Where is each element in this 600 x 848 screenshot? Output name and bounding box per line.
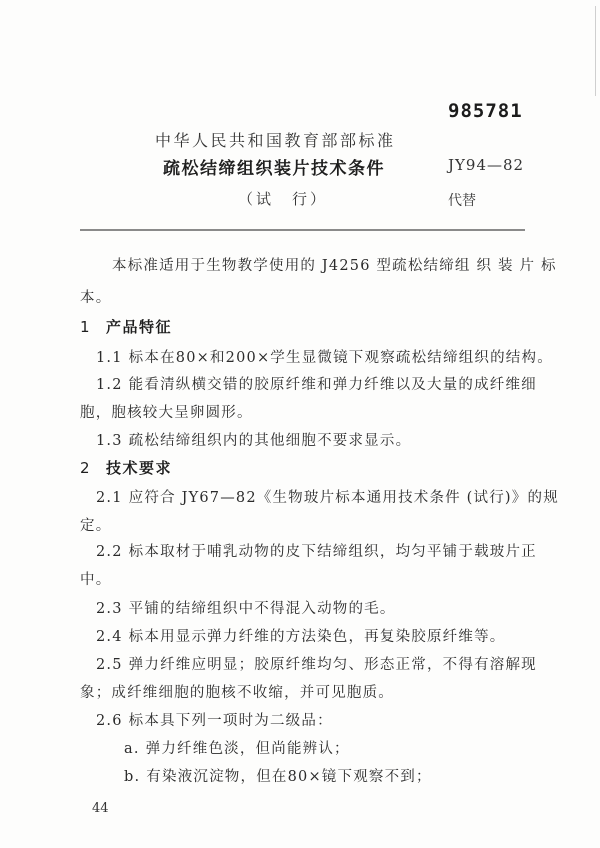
- clause-text: 平铺的结缔组织中不得混入动物的毛。: [129, 601, 396, 617]
- clause-2-5-continuation: 象；成纤维细胞的胞核不收缩，并可见胞质。: [80, 681, 394, 702]
- clause-text: 标本具下列一项时为二级品：: [129, 713, 333, 729]
- clause-number: 2.1: [96, 490, 123, 506]
- clause-2-6: 2.6标本具下列一项时为二级品：: [96, 709, 333, 730]
- standard-title: 疏松结缔组织装片技术条件: [163, 154, 385, 179]
- page-number: 44: [92, 801, 109, 816]
- replaces-label: 代替: [448, 190, 476, 210]
- clause-number: 1.1: [96, 350, 123, 366]
- intro-line-2: 本。: [80, 286, 111, 307]
- clause-2-1: 2.1应符合 JY67—82《生物玻片标本通用技术条件 (试行)》的规: [96, 486, 559, 507]
- issuing-organization-title: 中华人民共和国教育部部标准: [155, 128, 396, 151]
- clause-number: 2.2: [96, 544, 123, 560]
- standard-code: JY94—82: [448, 156, 524, 174]
- clause-number: 2.3: [96, 601, 123, 617]
- clause-1-1: 1.1标本在80×和200×学生显微镜下观察疏松结缔组织的结构。: [96, 346, 553, 367]
- list-item-a: a.弹力纤维色淡，但尚能辨认；: [124, 737, 350, 758]
- section-title: 产品特征: [106, 318, 172, 336]
- clause-text: 疏松结缔组织内的其他细胞不要求显示。: [129, 433, 412, 449]
- clause-text: 标本取材于哺乳动物的皮下结缔组织，均匀平铺于载玻片正: [129, 544, 537, 560]
- section-number: 1: [80, 318, 106, 336]
- clause-2-1-continuation: 定。: [80, 514, 111, 535]
- section-title: 技术要求: [106, 459, 172, 477]
- clause-2-4: 2.4标本用显示弹力纤维的方法染色，再复染胶原纤维等。: [96, 625, 505, 646]
- clause-number: 2.6: [96, 713, 123, 729]
- intro-line-1: 本标准适用于生物教学使用的 J4256 型疏松结缔组 织 装 片 标: [112, 254, 557, 275]
- clause-number: 1.3: [96, 433, 123, 449]
- section-heading-2: 2技术要求: [80, 457, 172, 478]
- header-divider: [80, 229, 525, 231]
- list-item-label: a.: [124, 741, 140, 757]
- clause-number: 1.2: [96, 377, 123, 393]
- clause-number: 2.5: [96, 657, 123, 673]
- clause-2-2-continuation: 中。: [80, 568, 111, 589]
- list-item-label: b.: [124, 769, 140, 785]
- trial-label: （试 行）: [238, 188, 328, 209]
- clause-1-2-continuation: 胞，胞核较大呈卵圆形。: [80, 401, 253, 422]
- document-page: 985781 中华人民共和国教育部部标准 疏松结缔组织装片技术条件 JY94—8…: [0, 0, 600, 848]
- clause-number: 2.4: [96, 629, 123, 645]
- list-item-b: b.有染液沉淀物，但在80×镜下观察不到；: [124, 765, 432, 786]
- clause-text: 标本用显示弹力纤维的方法染色，再复染胶原纤维等。: [129, 629, 506, 645]
- clause-text: 能看清纵横交错的胶原纤维和弹力纤维以及大量的成纤维细: [129, 377, 537, 393]
- section-number: 2: [80, 459, 106, 477]
- list-item-text: 有染液沉淀物，但在80×镜下观察不到；: [146, 769, 431, 785]
- clause-1-3: 1.3疏松结缔组织内的其他细胞不要求显示。: [96, 429, 411, 450]
- clause-2-3: 2.3平铺的结缔组织中不得混入动物的毛。: [96, 597, 396, 618]
- section-heading-1: 1产品特征: [80, 316, 172, 337]
- clause-2-2: 2.2标本取材于哺乳动物的皮下结缔组织，均匀平铺于载玻片正: [96, 540, 537, 561]
- clause-2-5: 2.5弹力纤维应明显；胶原纤维均匀、形态正常，不得有溶解现: [96, 653, 537, 674]
- document-number: 985781: [448, 100, 523, 122]
- clause-text: 标本在80×和200×学生显微镜下观察疏松结缔组织的结构。: [129, 350, 553, 366]
- clause-text: 弹力纤维应明显；胶原纤维均匀、形态正常，不得有溶解现: [129, 657, 537, 673]
- list-item-text: 弹力纤维色淡，但尚能辨认；: [146, 741, 350, 757]
- clause-1-2: 1.2能看清纵横交错的胶原纤维和弹力纤维以及大量的成纤维细: [96, 373, 537, 394]
- scan-edge-mark: [595, 6, 596, 96]
- clause-text: 应符合 JY67—82《生物玻片标本通用技术条件 (试行)》的规: [129, 490, 559, 506]
